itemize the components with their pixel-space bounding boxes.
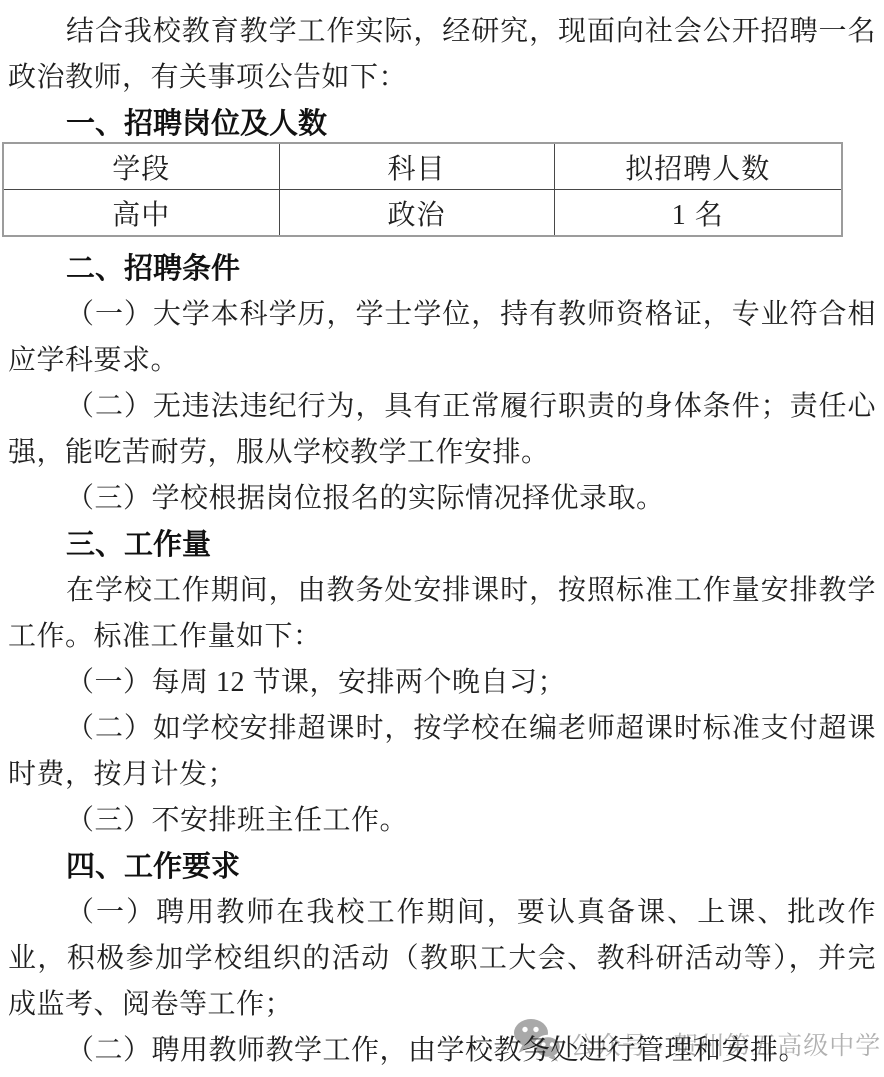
- document-page: 结合我校教育教学工作实际，经研究，现面向社会公开招聘一名政治教师，有关事项公告如…: [0, 0, 884, 1074]
- section-3-lead: 在学校工作期间，由教务处安排课时，按照标准工作量安排教学工作。标准工作量如下：: [8, 568, 876, 660]
- section-2-item-2: （二）无违法违纪行为，具有正常履行职责的身体条件；责任心强，能吃苦耐劳，服从学校…: [8, 384, 876, 476]
- recruitment-table: 学段 科目 拟招聘人数 高中 政治 1 名: [2, 142, 843, 237]
- section-1-title: 一、招聘岗位及人数: [8, 101, 876, 147]
- section-4-item-1: （一）聘用教师在我校工作期间，要认真备课、上课、批改作业，积极参加学校组织的活动…: [8, 890, 876, 1028]
- table-header-headcount: 拟招聘人数: [554, 143, 842, 190]
- table-header-row: 学段 科目 拟招聘人数: [3, 143, 842, 190]
- cell-headcount: 1 名: [554, 190, 842, 237]
- section-2-item-3: （三）学校根据岗位报名的实际情况择优录取。: [8, 476, 876, 522]
- table-header-subject: 科目: [279, 143, 554, 190]
- section-3-item-2: （二）如学校安排超课时，按学校在编老师超课时标准支付超课时费，按月计发；: [8, 706, 876, 798]
- cell-stage: 高中: [3, 190, 279, 237]
- cell-subject: 政治: [279, 190, 554, 237]
- section-3-title: 三、工作量: [8, 522, 876, 568]
- section-3-item-3: （三）不安排班主任工作。: [8, 798, 876, 844]
- section-2-item-1: （一）大学本科学历，学士学位，持有教师资格证，专业符合相应学科要求。: [8, 292, 876, 384]
- table-row: 高中 政治 1 名: [3, 190, 842, 237]
- section-3-item-1: （一）每周 12 节课，安排两个晚自习；: [8, 660, 876, 706]
- section-4-item-2: （二）聘用教师教学工作，由学校教务处进行管理和安排。: [8, 1028, 876, 1074]
- section-4-title: 四、工作要求: [8, 844, 876, 890]
- intro-paragraph: 结合我校教育教学工作实际，经研究，现面向社会公开招聘一名政治教师，有关事项公告如…: [8, 9, 876, 101]
- table-header-stage: 学段: [3, 143, 279, 190]
- section-2-title: 二、招聘条件: [8, 246, 876, 292]
